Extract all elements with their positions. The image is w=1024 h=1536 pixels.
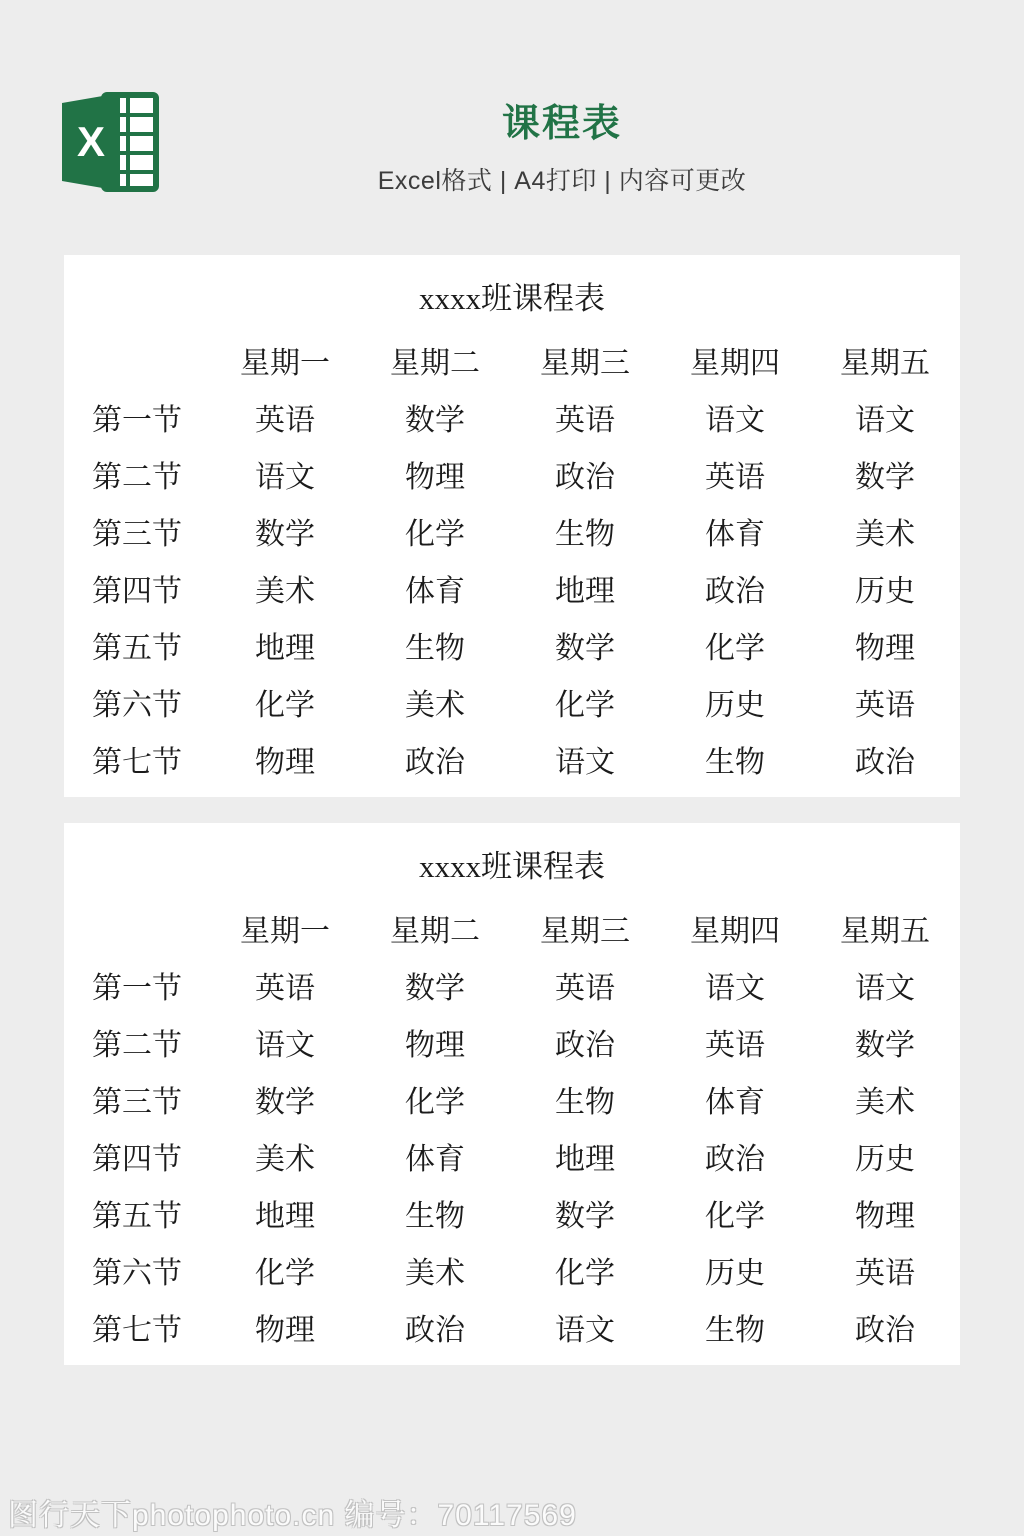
subject-cell: 历史 <box>660 673 810 730</box>
page-subtitle: Excel格式 | A4打印 | 内容可更改 <box>100 161 1024 197</box>
subject-cell: 政治 <box>360 730 510 787</box>
day-header-cell: 星期四 <box>660 331 810 388</box>
cards-container: xxxx班课程表 星期一星期二星期三星期四星期五 第一节英语数学英语语文语文第二… <box>64 255 960 1391</box>
subject-cell: 生物 <box>510 1070 660 1127</box>
subject-cell: 化学 <box>210 1241 360 1298</box>
subject-cell: 美术 <box>210 1127 360 1184</box>
subject-cell: 语文 <box>660 956 810 1013</box>
subject-cell: 历史 <box>810 1127 960 1184</box>
subject-cell: 英语 <box>510 388 660 445</box>
header-text-block: 课程表 Excel格式 | A4打印 | 内容可更改 <box>100 0 1024 197</box>
period-label-cell: 第五节 <box>64 616 210 673</box>
schedule-header-row: 星期一星期二星期三星期四星期五 <box>64 899 960 956</box>
period-label-cell: 第一节 <box>64 388 210 445</box>
schedule-row: 第四节美术体育地理政治历史 <box>64 1127 960 1184</box>
subject-cell: 化学 <box>360 502 510 559</box>
day-header-cell: 星期一 <box>210 899 360 956</box>
excel-logo-icon: X <box>62 88 162 196</box>
watermark-text: 图行天下photophoto.cn 编号：70117569 <box>8 1490 577 1534</box>
schedule-row: 第五节地理生物数学化学物理 <box>64 616 960 673</box>
subject-cell: 物理 <box>360 1013 510 1070</box>
schedule-row: 第五节地理生物数学化学物理 <box>64 1184 960 1241</box>
subject-cell: 物理 <box>210 730 360 787</box>
period-label-cell: 第七节 <box>64 730 210 787</box>
subject-cell: 数学 <box>510 616 660 673</box>
subject-cell: 语文 <box>510 1298 660 1355</box>
subject-cell: 语文 <box>510 730 660 787</box>
subject-cell: 语文 <box>810 388 960 445</box>
day-header-cell: 星期四 <box>660 899 810 956</box>
subject-cell: 英语 <box>210 956 360 1013</box>
subject-cell: 美术 <box>810 502 960 559</box>
subject-cell: 体育 <box>360 1127 510 1184</box>
subject-cell: 英语 <box>660 1013 810 1070</box>
schedule-row: 第七节物理政治语文生物政治 <box>64 1298 960 1355</box>
subject-cell: 数学 <box>360 956 510 1013</box>
day-header-cell: 星期二 <box>360 899 510 956</box>
subject-cell: 生物 <box>660 1298 810 1355</box>
subject-cell: 地理 <box>510 559 660 616</box>
subject-cell: 数学 <box>810 445 960 502</box>
corner-cell <box>64 331 210 388</box>
page-header: X 课程表 Excel格式 | A4打印 | 内容可更改 <box>0 0 1024 230</box>
schedule-header-row: 星期一星期二星期三星期四星期五 <box>64 331 960 388</box>
subject-cell: 政治 <box>810 1298 960 1355</box>
subject-cell: 化学 <box>510 673 660 730</box>
subject-cell: 生物 <box>510 502 660 559</box>
subject-cell: 数学 <box>810 1013 960 1070</box>
subject-cell: 生物 <box>360 1184 510 1241</box>
period-label-cell: 第二节 <box>64 445 210 502</box>
period-label-cell: 第三节 <box>64 1070 210 1127</box>
period-label-cell: 第二节 <box>64 1013 210 1070</box>
day-header-cell: 星期五 <box>810 899 960 956</box>
subject-cell: 化学 <box>660 616 810 673</box>
subject-cell: 英语 <box>660 445 810 502</box>
subject-cell: 地理 <box>510 1127 660 1184</box>
subject-cell: 体育 <box>660 1070 810 1127</box>
schedule-row: 第七节物理政治语文生物政治 <box>64 730 960 787</box>
subject-cell: 语文 <box>210 1013 360 1070</box>
subject-cell: 美术 <box>360 673 510 730</box>
subject-cell: 英语 <box>810 673 960 730</box>
subject-cell: 美术 <box>360 1241 510 1298</box>
schedule-title: xxxx班课程表 <box>64 279 960 319</box>
subject-cell: 政治 <box>510 1013 660 1070</box>
subject-cell: 数学 <box>210 1070 360 1127</box>
subject-cell: 化学 <box>360 1070 510 1127</box>
day-header-cell: 星期三 <box>510 331 660 388</box>
subject-cell: 生物 <box>660 730 810 787</box>
day-header-cell: 星期三 <box>510 899 660 956</box>
page-title: 课程表 <box>100 92 1024 147</box>
period-label-cell: 第七节 <box>64 1298 210 1355</box>
subject-cell: 物理 <box>360 445 510 502</box>
day-header-cell: 星期五 <box>810 331 960 388</box>
schedule-row: 第六节化学美术化学历史英语 <box>64 673 960 730</box>
period-label-cell: 第六节 <box>64 673 210 730</box>
schedule-row: 第三节数学化学生物体育美术 <box>64 502 960 559</box>
schedule-row: 第六节化学美术化学历史英语 <box>64 1241 960 1298</box>
subject-cell: 历史 <box>810 559 960 616</box>
corner-cell <box>64 899 210 956</box>
subject-cell: 美术 <box>810 1070 960 1127</box>
day-header-cell: 星期二 <box>360 331 510 388</box>
subject-cell: 地理 <box>210 1184 360 1241</box>
subject-cell: 美术 <box>210 559 360 616</box>
schedule-row: 第三节数学化学生物体育美术 <box>64 1070 960 1127</box>
subject-cell: 政治 <box>510 445 660 502</box>
subject-cell: 化学 <box>210 673 360 730</box>
subject-cell: 数学 <box>510 1184 660 1241</box>
subject-cell: 物理 <box>810 1184 960 1241</box>
subject-cell: 物理 <box>810 616 960 673</box>
subject-cell: 化学 <box>660 1184 810 1241</box>
subject-cell: 化学 <box>510 1241 660 1298</box>
subject-cell: 政治 <box>360 1298 510 1355</box>
schedule-title: xxxx班课程表 <box>64 847 960 887</box>
subject-cell: 生物 <box>360 616 510 673</box>
subject-cell: 地理 <box>210 616 360 673</box>
schedule-row: 第一节英语数学英语语文语文 <box>64 388 960 445</box>
svg-text:X: X <box>77 118 105 165</box>
subject-cell: 数学 <box>210 502 360 559</box>
period-label-cell: 第四节 <box>64 1127 210 1184</box>
period-label-cell: 第三节 <box>64 502 210 559</box>
subject-cell: 英语 <box>210 388 360 445</box>
subject-cell: 政治 <box>660 559 810 616</box>
subject-cell: 英语 <box>810 1241 960 1298</box>
subject-cell: 体育 <box>660 502 810 559</box>
subject-cell: 政治 <box>810 730 960 787</box>
period-label-cell: 第六节 <box>64 1241 210 1298</box>
subject-cell: 数学 <box>360 388 510 445</box>
subject-cell: 语文 <box>810 956 960 1013</box>
subject-cell: 政治 <box>660 1127 810 1184</box>
subject-cell: 历史 <box>660 1241 810 1298</box>
schedule-table: 星期一星期二星期三星期四星期五 第一节英语数学英语语文语文第二节语文物理政治英语… <box>64 899 960 1355</box>
period-label-cell: 第四节 <box>64 559 210 616</box>
schedule-card: xxxx班课程表 星期一星期二星期三星期四星期五 第一节英语数学英语语文语文第二… <box>64 823 960 1365</box>
subject-cell: 语文 <box>660 388 810 445</box>
subject-cell: 语文 <box>210 445 360 502</box>
period-label-cell: 第五节 <box>64 1184 210 1241</box>
schedule-row: 第二节语文物理政治英语数学 <box>64 445 960 502</box>
period-label-cell: 第一节 <box>64 956 210 1013</box>
schedule-table: 星期一星期二星期三星期四星期五 第一节英语数学英语语文语文第二节语文物理政治英语… <box>64 331 960 787</box>
subject-cell: 物理 <box>210 1298 360 1355</box>
schedule-row: 第二节语文物理政治英语数学 <box>64 1013 960 1070</box>
schedule-row: 第一节英语数学英语语文语文 <box>64 956 960 1013</box>
schedule-card: xxxx班课程表 星期一星期二星期三星期四星期五 第一节英语数学英语语文语文第二… <box>64 255 960 797</box>
subject-cell: 体育 <box>360 559 510 616</box>
schedule-row: 第四节美术体育地理政治历史 <box>64 559 960 616</box>
subject-cell: 英语 <box>510 956 660 1013</box>
day-header-cell: 星期一 <box>210 331 360 388</box>
